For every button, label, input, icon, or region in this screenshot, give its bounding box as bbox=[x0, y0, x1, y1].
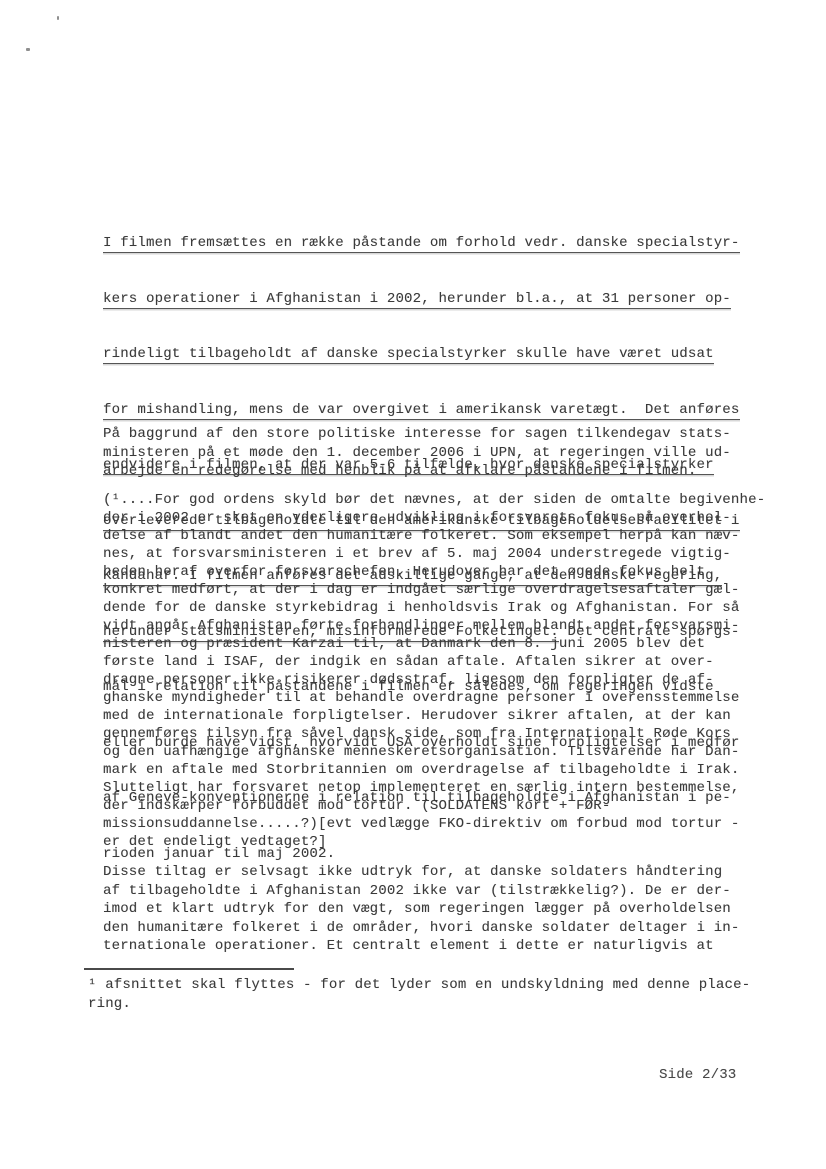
scanned-document-page: I filmen fremsættes en række påstande om… bbox=[0, 0, 826, 1169]
p1-line-3: rindeligt tilbageholdt af danske special… bbox=[103, 345, 740, 364]
paragraph-2: På baggrund af den store politiske inter… bbox=[103, 425, 731, 481]
footnote-separator-rule bbox=[84, 968, 294, 970]
paragraph-4: Disse tiltag er selvsagt ikke udtryk for… bbox=[103, 863, 740, 956]
footnote: ¹ afsnittet skal flyttes - for det lyder… bbox=[88, 976, 750, 1013]
p1-line-1: I filmen fremsættes en række påstande om… bbox=[103, 234, 740, 253]
underlined-text: I filmen fremsættes en række påstande om… bbox=[103, 235, 740, 253]
paragraph-3-footnoted-draft: (¹....For god ordens skyld bør det nævne… bbox=[103, 491, 765, 851]
underlined-text: for mishandling, mens de var overgivet i… bbox=[103, 402, 740, 420]
underlined-text: kers operationer i Afghanistan i 2002, h… bbox=[103, 291, 731, 309]
scan-speck-left bbox=[26, 48, 30, 51]
underlined-text: rindeligt tilbageholdt af danske special… bbox=[103, 346, 714, 364]
p1-line-4: for mishandling, mens de var overgivet i… bbox=[103, 401, 740, 420]
page-number: Side 2/33 bbox=[659, 1066, 736, 1085]
scan-speck-top bbox=[57, 16, 59, 20]
p1-line-2: kers operationer i Afghanistan i 2002, h… bbox=[103, 290, 740, 309]
